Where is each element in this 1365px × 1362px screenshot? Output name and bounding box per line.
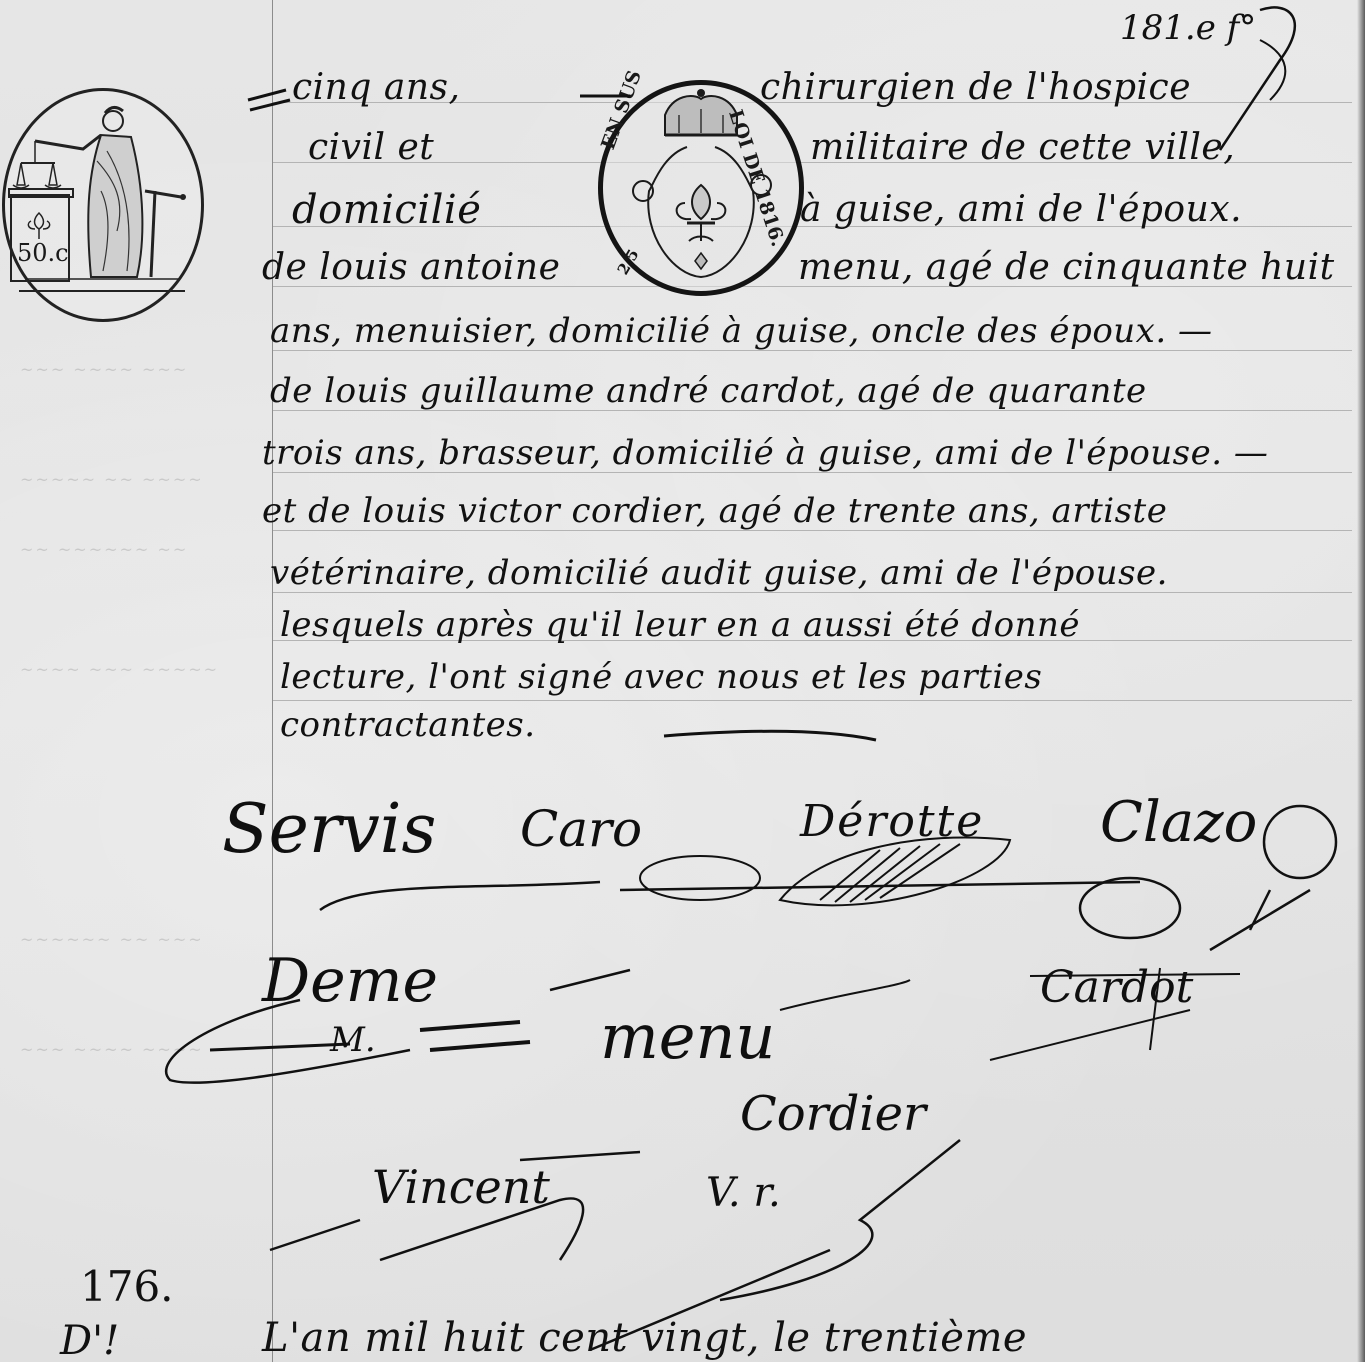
text-line-10: lesquels après qu'il leur en a aussi été…	[280, 608, 1080, 642]
text-line-2-right-text: militaire de cette ville,	[810, 127, 1235, 168]
text-line-2-left: civil et	[308, 127, 434, 168]
text-line-1-right: chirurgien de l'hospice	[760, 70, 1191, 106]
text-line-12-left: contractantes.	[280, 705, 536, 745]
text-line-8-left: et de louis victor cordier, agé de trent…	[262, 491, 1167, 531]
justice-stamp: 50.c	[2, 88, 204, 322]
text-line-6-left: de louis guillaume andré cardot, agé de …	[270, 371, 1147, 411]
signature-vr: V. r.	[706, 1170, 781, 1216]
next-act-margin-note: D'!	[60, 1318, 119, 1362]
text-line-5: ans, menuisier, domicilié à guise, oncle…	[270, 314, 1212, 348]
text-line-4-left: de louis antoine	[262, 247, 560, 288]
text-line-5-left: ans, menuisier, domicilié à guise, oncle…	[270, 311, 1212, 351]
bleed-through-text: ~~~~ ~~~ ~~~~~	[20, 660, 219, 679]
text-line-6: de louis guillaume andré cardot, agé de …	[270, 374, 1147, 408]
text-line-1: cinq ans,	[292, 70, 460, 106]
justice-figure-icon	[5, 91, 201, 319]
text-line-4: de louis antoine	[262, 250, 560, 286]
next-act-number: 176.	[80, 1262, 174, 1311]
text-line-2-right: militaire de cette ville,	[810, 130, 1235, 166]
ruled-line	[272, 700, 1352, 701]
signature-menu: menu	[600, 1000, 775, 1073]
text-line-7-left: trois ans, brasseur, domicilié à guise, …	[262, 433, 1268, 473]
bleed-through-text: ~~ ~~~~~~ ~~	[20, 540, 188, 559]
signature-servis: Servis	[222, 790, 436, 869]
text-line-2: civil et	[308, 130, 434, 166]
page-edge-shadow	[1357, 0, 1365, 1362]
text-line-11: lecture, l'ont signé avec nous et les pa…	[280, 660, 1042, 694]
text-line-1-left: cinq ans,	[292, 67, 460, 108]
closing-flourish	[660, 726, 880, 746]
text-line-3-right: à guise, ami de l'époux.	[800, 192, 1242, 228]
register-page: ~~~ ~~~~ ~~~ ~~~~~ ~~ ~~~~ ~~ ~~~~~~ ~~ …	[0, 0, 1365, 1362]
bleed-through-text: ~~~ ~~~~ ~~~	[20, 360, 188, 379]
text-line-9-left: vétérinaire, domicilié audit guise, ami …	[270, 553, 1168, 593]
text-line-3-left: domicilié	[292, 187, 481, 233]
signature-clazo-flourish	[1060, 790, 1340, 960]
text-line-9: vétérinaire, domicilié audit guise, ami …	[270, 556, 1168, 590]
signature-underline	[300, 870, 600, 930]
bleed-through-text: ~~~~~ ~~ ~~~~	[20, 470, 204, 489]
text-line-1-right-text: chirurgien de l'hospice	[760, 67, 1191, 108]
text-line-10-left: lesquels après qu'il leur en a aussi été…	[280, 605, 1080, 645]
text-line-8: et de louis victor cordier, agé de trent…	[262, 494, 1167, 528]
bleed-through-text: ~~~~~~ ~~ ~~~	[20, 930, 204, 949]
text-line-3-right-text: à guise, ami de l'époux.	[800, 189, 1242, 230]
line-dash-mark	[580, 92, 640, 102]
text-line-11-left: lecture, l'ont signé avec nous et les pa…	[280, 657, 1042, 697]
text-line-4-right: menu, agé de cinquante huit	[798, 250, 1335, 286]
text-line-4-right-text: menu, agé de cinquante huit	[798, 247, 1335, 288]
signature-m: M.	[330, 1020, 376, 1060]
text-line-7: trois ans, brasseur, domicilié à guise, …	[262, 436, 1268, 470]
text-line-12: contractantes.	[280, 708, 536, 742]
text-line-3: domicilié	[292, 190, 481, 230]
strike-through-stroke	[530, 1250, 850, 1360]
royal-stamp: EN SUS LOI DE 1816. 2/5	[598, 80, 804, 296]
stamp-value: 50.c	[17, 239, 69, 267]
signature-cardot-flourish	[970, 960, 1250, 1070]
